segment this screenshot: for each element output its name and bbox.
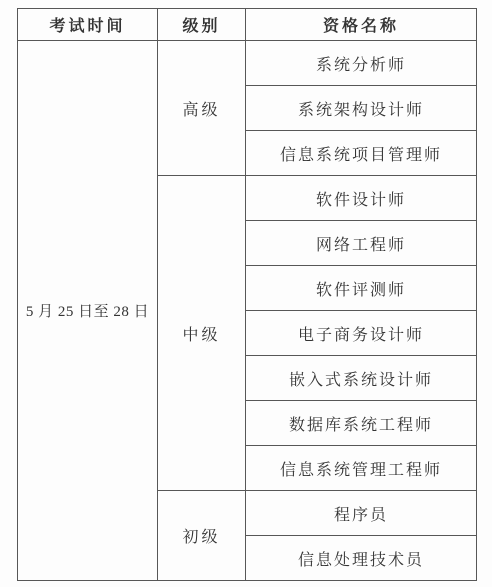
qualification-cell: 软件设计师	[246, 176, 477, 221]
header-level: 级别	[158, 9, 246, 41]
header-row: 考试时间 级别 资格名称	[18, 9, 477, 41]
qualification-cell: 程序员	[246, 491, 477, 536]
qualification-cell: 信息系统管理工程师	[246, 446, 477, 491]
qualification-cell: 网络工程师	[246, 221, 477, 266]
qualification-cell: 软件评测师	[246, 266, 477, 311]
qualification-cell: 数据库系统工程师	[246, 401, 477, 446]
qualification-cell: 信息系统项目管理师	[246, 131, 477, 176]
header-qualification-name: 资格名称	[246, 9, 477, 41]
qualification-cell: 电子商务设计师	[246, 311, 477, 356]
table-row: 5 月 25 日至 28 日高级系统分析师	[18, 41, 477, 86]
level-cell-2: 初级	[158, 491, 246, 581]
qualification-cell: 嵌入式系统设计师	[246, 356, 477, 401]
exam-table-body: 5 月 25 日至 28 日高级系统分析师系统架构设计师信息系统项目管理师中级软…	[18, 41, 477, 581]
level-cell-1: 中级	[158, 176, 246, 491]
exam-schedule-table: 考试时间 级别 资格名称 5 月 25 日至 28 日高级系统分析师系统架构设计…	[17, 8, 477, 581]
qualification-cell: 信息处理技术员	[246, 536, 477, 581]
exam-time-cell: 5 月 25 日至 28 日	[18, 41, 158, 581]
qualification-cell: 系统分析师	[246, 41, 477, 86]
scanned-document-page: 考试时间 级别 资格名称 5 月 25 日至 28 日高级系统分析师系统架构设计…	[0, 0, 492, 587]
header-exam-time: 考试时间	[18, 9, 158, 41]
qualification-cell: 系统架构设计师	[246, 86, 477, 131]
level-cell-0: 高级	[158, 41, 246, 176]
